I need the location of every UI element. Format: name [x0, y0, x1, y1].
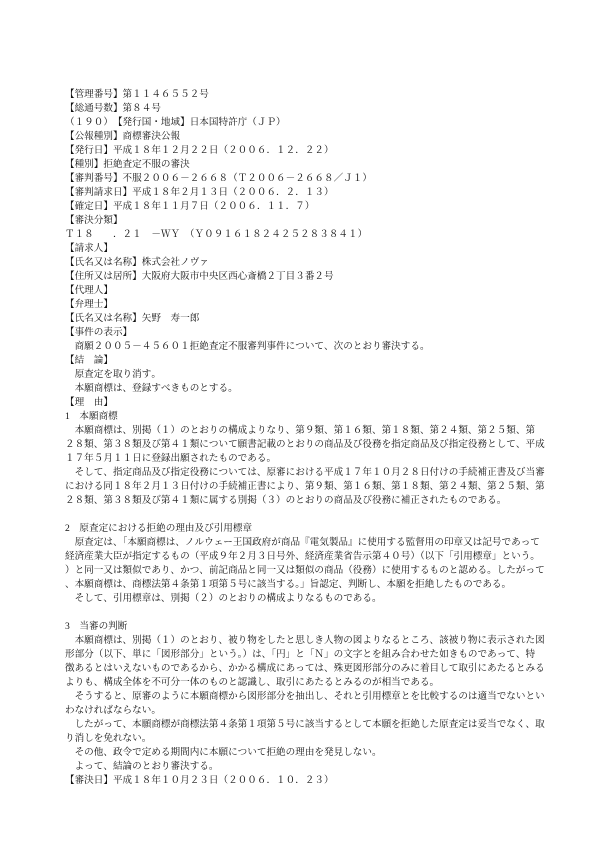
document-line: 【事件の表示】 — [65, 326, 541, 340]
document-line: Ｔ１８ ．２１ －ＷＹ （Ｙ０９１６１８２４２５２８３８４１） — [65, 228, 541, 242]
document-line: そして、指定商品及び指定役務については、原審における平成１７年１０月２８日付けの… — [65, 466, 541, 480]
document-line: 【審決分類】 — [65, 214, 541, 228]
document-line: よりも、構成全体を不可分一体のものと認識し、取引にあたるとみるのが相当である。 — [65, 676, 541, 690]
document-line: したがって、本願商標が商標法第４条第１項第５号に該当するとして本願を拒絶した原査… — [65, 718, 541, 732]
document-line: ２８類、第３８類及び第４１類に属する別掲（３）のとおりの商品及び役務に補正された… — [65, 494, 541, 508]
document-line: よって、結論のとおり審決する。 — [65, 760, 541, 774]
document-line: 【審判請求日】平成１８年２月１３日（２００６．２．１３） — [65, 186, 541, 200]
document-line: 【発行日】平成１８年１２月２２日（２００６．１２．２２） — [65, 144, 541, 158]
document-line: 【管理番号】第１１４６５５２号 — [65, 88, 541, 102]
document-line: 【住所又は居所】大阪府大阪市中央区西心斎橋２丁目３番２号 — [65, 270, 541, 284]
document-line: における同１８年２月１３日付けの手続補正書により、第９類、第１６類、第１８類、第… — [65, 480, 541, 494]
document-line: 2 原査定における拒絶の理由及び引用標章 — [65, 522, 541, 536]
document-line: ）と同一又は類似であり、かつ、前記商品と同一又は類似の商品（役務）に使用するもの… — [65, 564, 541, 578]
document-line: 本願商標は、別掲（１）のとおり、被り物をしたと思しき人物の図よりなるところ、該被… — [65, 634, 541, 648]
document-line: 商願２００５－４５６０１拒絶査定不服審判事件について、次のとおり審決する。 — [65, 340, 541, 354]
document-line: 【氏名又は名称】矢野 寿一郎 — [65, 312, 541, 326]
document-line: 【理 由】 — [65, 396, 541, 410]
document-line: 【確定日】平成１８年１１月７日（２００６．１１．７） — [65, 200, 541, 214]
document-line: その他、政令で定める期間内に本願について拒絶の理由を発見しない。 — [65, 746, 541, 760]
document-line: わなければならない。 — [65, 704, 541, 718]
document-content: 【管理番号】第１１４６５５２号【総通号数】第８４号（１９０） 【発行国・地域】日… — [65, 88, 541, 788]
document-line: 【種別】拒絶査定不服の審決 — [65, 158, 541, 172]
document-line: 徴あるとはいえないものであるから、かかる構成にあっては、殊更図形部分のみに着目し… — [65, 662, 541, 676]
document-line: 【代理人】 — [65, 284, 541, 298]
document-line: 【弁理士】 — [65, 298, 541, 312]
document-line: 3 当審の判断 — [65, 620, 541, 634]
document-line: 【審決日】平成１８年１０月２３日（２００６．１０．２３） — [65, 774, 541, 788]
document-line: り消しを免れない。 — [65, 732, 541, 746]
document-line: （１９０） 【発行国・地域】日本国特許庁（ＪＰ） — [65, 116, 541, 130]
document-line: １７年５月１１日に登録出願されたものである。 — [65, 452, 541, 466]
document-line: 【審判番号】不服２００６－２６６８（Ｔ２００６－２６６８／Ｊ１） — [65, 172, 541, 186]
blank-line — [65, 508, 541, 522]
document-line: 経済産業大臣が指定するもの（平成９年２月３日号外、経済産業省告示第４０号）（以下… — [65, 550, 541, 564]
document-line: 本願商標は、登録すべきものとする。 — [65, 382, 541, 396]
document-line: 【結 論】 — [65, 354, 541, 368]
document-line: 【氏名又は名称】株式会社ノヴァ — [65, 256, 541, 270]
document-line: 、本願商標は、商標法第４条第１項第５号に該当する。」旨認定、判断し、本願を拒絶し… — [65, 578, 541, 592]
document-line: 原査定を取り消す。 — [65, 368, 541, 382]
document-line: 1 本願商標 — [65, 410, 541, 424]
document-line: ２８類、第３８類及び第４１類について願書記載のとおりの商品及び役務を指定商品及び… — [65, 438, 541, 452]
document-line: そして、引用標章は、別掲（２）のとおりの構成よりなるものである。 — [65, 592, 541, 606]
document-line: 【請求人】 — [65, 242, 541, 256]
document-line: 原査定は、「本願商標は、ノルウェー王国政府が商品『電気製品』に使用する監督用の印… — [65, 536, 541, 550]
gazette-page: 【管理番号】第１１４６５５２号【総通号数】第８４号（１９０） 【発行国・地域】日… — [0, 0, 600, 849]
document-line: 形部分（以下、単に「図形部分」という。）は、「円」と「Ｎ」の文字とを組み合わせた… — [65, 648, 541, 662]
document-line: 【公報種別】商標審決公報 — [65, 130, 541, 144]
document-line: 本願商標は、別掲（１）のとおりの構成よりなり、第９類、第１６類、第１８類、第２４… — [65, 424, 541, 438]
document-line: そうすると、原審のように本願商標から図形部分を抽出し、それと引用標章とを比較する… — [65, 690, 541, 704]
document-line: 【総通号数】第８４号 — [65, 102, 541, 116]
blank-line — [65, 606, 541, 620]
